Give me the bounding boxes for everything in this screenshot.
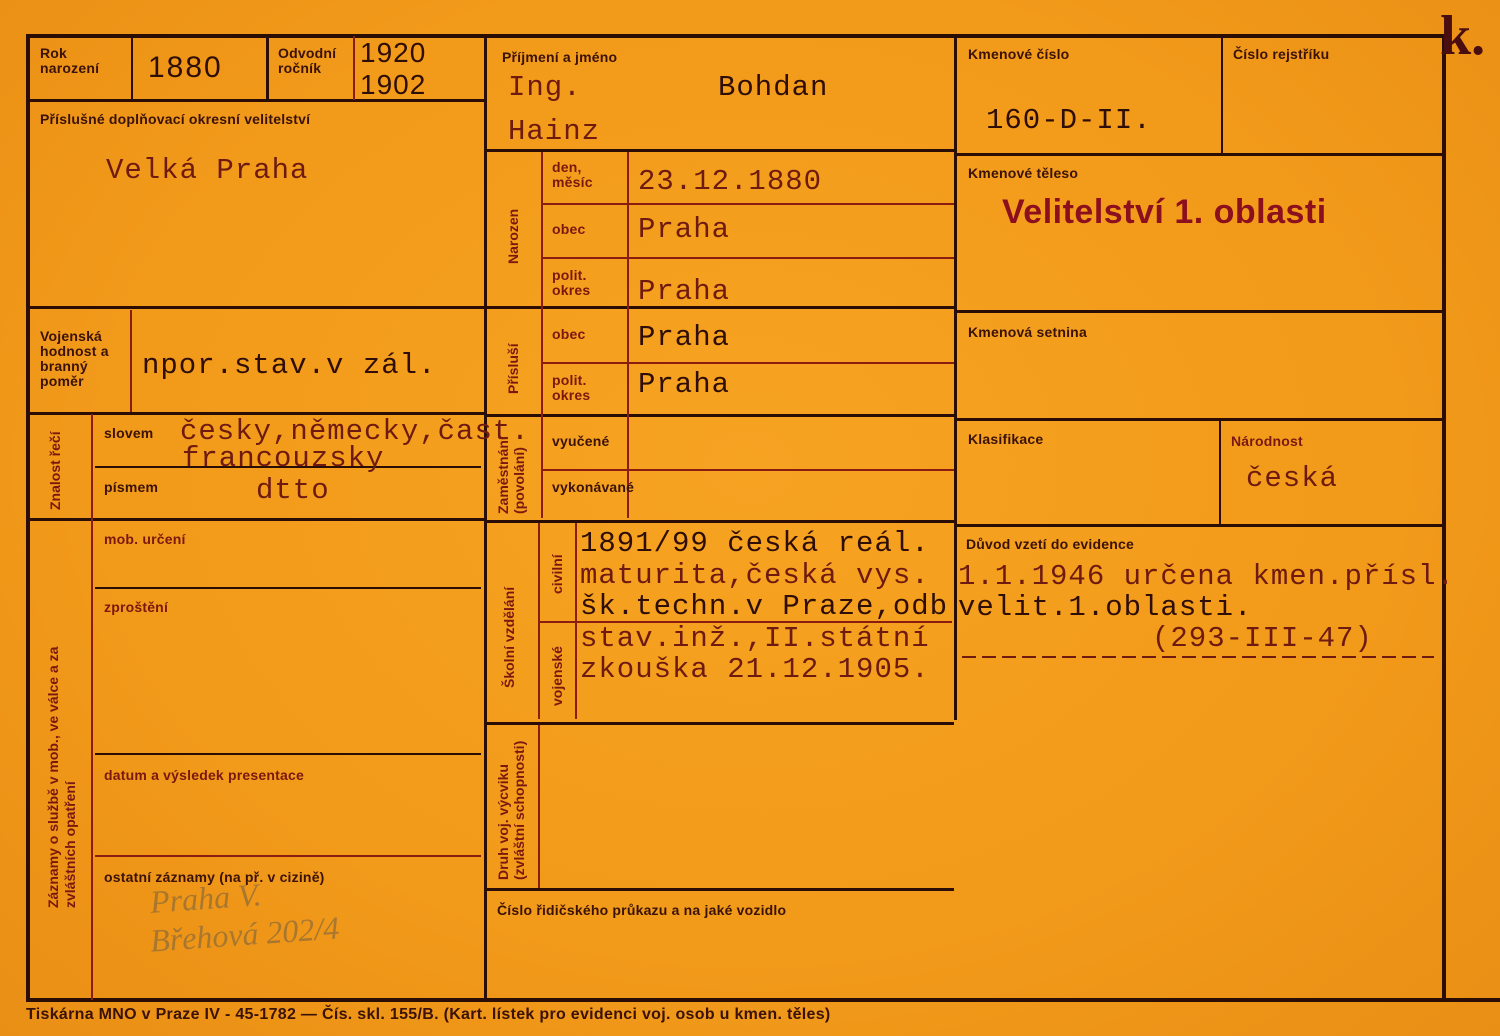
sub-line <box>543 257 954 259</box>
sub-line <box>95 753 481 755</box>
belongs-district-label-text: polit. okres <box>552 372 590 403</box>
born-date-label: den, měsíc <box>552 160 622 190</box>
frame-left <box>26 34 30 1000</box>
languages-section-label: Znalost řečí <box>48 431 63 510</box>
row-line <box>957 310 1442 313</box>
sub-line <box>538 725 540 888</box>
occupation-section-label: Zaměstnání (povolání) <box>495 414 527 514</box>
belongs-section-label: Přísluší <box>506 343 521 394</box>
occupation-practiced-label: vykonávané <box>552 480 622 495</box>
education-line-4: stav.inž.,II.státní <box>580 623 930 654</box>
row-line <box>487 520 954 523</box>
sub-line <box>131 36 133 100</box>
born-date-label-text: den, měsíc <box>552 159 593 190</box>
row-line <box>487 722 954 725</box>
classification-label: Klasifikace <box>968 432 1043 447</box>
name-first: Bohdan <box>718 72 828 103</box>
row-line <box>957 153 1442 156</box>
mob-label: mob. určení <box>104 532 186 547</box>
belongs-district-label: polit. okres <box>552 373 612 403</box>
sub-line <box>1219 421 1221 524</box>
reason-dash-line <box>962 656 1434 658</box>
register-number-label: Číslo rejstříku <box>1233 47 1329 62</box>
row-line <box>957 418 1442 421</box>
row-line <box>957 524 1442 527</box>
name-surname: Hainz <box>508 116 600 147</box>
corner-mark: k. <box>1440 4 1485 68</box>
born-town-label: obec <box>552 222 585 237</box>
born-district-label: polit. okres <box>552 268 612 298</box>
languages-spoken-value-2: francouzsky <box>182 443 384 474</box>
sub-line <box>543 203 954 205</box>
born-date-value: 23.12.1880 <box>638 166 822 197</box>
rank-value: npor.stav.v zál. <box>142 350 436 381</box>
conscription-year-value-2: 1902 <box>360 69 426 100</box>
belongs-town-label: obec <box>552 327 585 342</box>
born-town-value: Praha <box>638 214 730 245</box>
records-section-text: Záznamy o službě v mob., ve válce a za z… <box>45 608 79 908</box>
row-line <box>487 149 954 152</box>
col-divider-1 <box>484 34 487 1000</box>
sub-line <box>1221 38 1223 153</box>
col-divider-2 <box>954 34 957 720</box>
education-line-3: šk.techn.v Praze,odb <box>580 591 948 622</box>
sub-line <box>95 855 481 857</box>
belongs-town-value: Praha <box>638 322 730 353</box>
sub-line <box>266 36 269 100</box>
sub-line <box>130 310 132 412</box>
sub-line <box>543 469 954 471</box>
reason-line-3: (293-III-47) <box>1152 623 1373 654</box>
frame-right <box>1442 34 1446 1000</box>
sub-line <box>95 587 481 589</box>
reason-line-1: 1.1.1946 určena kmen.přísl. <box>958 561 1455 592</box>
reason-line-2: velit.1.oblasti. <box>958 592 1252 623</box>
row-line <box>30 518 484 521</box>
training-label-text: Druh voj. výcviku (zvláštní schopnosti) <box>495 720 527 880</box>
conscription-year-value-1: 1920 <box>360 37 426 68</box>
sub-line <box>627 152 629 518</box>
sub-line <box>353 36 355 100</box>
languages-spoken-label: slovem <box>104 426 153 441</box>
languages-written-value: dtto <box>256 475 330 506</box>
rank-label-text: Vojenská hodnost a branný poměr <box>40 328 109 389</box>
stem-number-value: 160-D-II. <box>986 105 1152 136</box>
education-civil-label: civilní <box>550 554 565 594</box>
stem-body-label: Kmenové těleso <box>968 166 1078 181</box>
name-title: Ing. <box>508 72 582 103</box>
conscription-year-label: Odvodní ročník <box>278 46 350 76</box>
education-line-5: zkouška 21.12.1905. <box>580 654 930 685</box>
district-command-value: Velká Praha <box>106 155 308 186</box>
birth-year-value: 1880 <box>148 52 223 83</box>
education-line-2: maturita,česká vys. <box>580 560 930 591</box>
training-label: Druh voj. výcviku (zvláštní schopnosti) <box>495 720 527 880</box>
name-label: Příjmení a jméno <box>502 50 617 65</box>
occupation-practiced-label-text: vykonávané <box>552 479 634 495</box>
occupation-section-text: Zaměstnání (povolání) <box>495 414 527 514</box>
birth-year-label: Rok narození <box>40 46 120 76</box>
nationality-label: Národnost <box>1231 434 1303 449</box>
stem-company-label: Kmenová setnina <box>968 325 1087 340</box>
military-record-card: k. Rok narození 1880 Odvodní ročník 1920… <box>0 0 1500 1036</box>
born-section-label: Narozen <box>506 209 521 264</box>
row-line <box>487 414 954 417</box>
belongs-district-value: Praha <box>638 369 730 400</box>
born-district-label-text: polit. okres <box>552 267 590 298</box>
presentation-label: datum a výsledek presentace <box>104 768 304 783</box>
sub-line <box>541 152 543 518</box>
handwritten-line-1: Praha V. <box>149 876 263 921</box>
printer-footer: Tiskárna MNO v Praze IV - 45-1782 — Čís.… <box>26 1006 831 1024</box>
row-line <box>30 306 484 309</box>
sub-line <box>543 362 954 364</box>
education-section-label: Školní vzdělání <box>502 587 517 688</box>
row-line <box>487 888 954 891</box>
reason-label: Důvod vzetí do evidence <box>966 537 1134 552</box>
languages-written-label: písmem <box>104 480 158 495</box>
records-section-label: Záznamy o službě v mob., ve válce a za z… <box>45 608 79 908</box>
stem-number-label: Kmenové číslo <box>968 47 1069 62</box>
education-line-1: 1891/99 česká reál. <box>580 528 930 559</box>
occupation-learned-label: vyučené <box>552 434 609 449</box>
born-district-value: Praha <box>638 276 730 307</box>
stem-body-stamp: Velitelství 1. oblasti <box>1002 193 1327 232</box>
district-command-label: Příslušné doplňovací okresní velitelství <box>40 112 310 127</box>
frame-bottom <box>26 998 1500 1002</box>
exemption-label: zproštění <box>104 600 168 615</box>
education-military-label: vojenské <box>550 646 565 706</box>
frame-top <box>26 34 1446 38</box>
nationality-value: česká <box>1246 463 1338 494</box>
rank-label: Vojenská hodnost a branný poměr <box>40 329 125 389</box>
sub-line <box>91 414 93 1000</box>
driver-license-label: Číslo řidičského průkazu a na jaké vozid… <box>497 903 786 918</box>
